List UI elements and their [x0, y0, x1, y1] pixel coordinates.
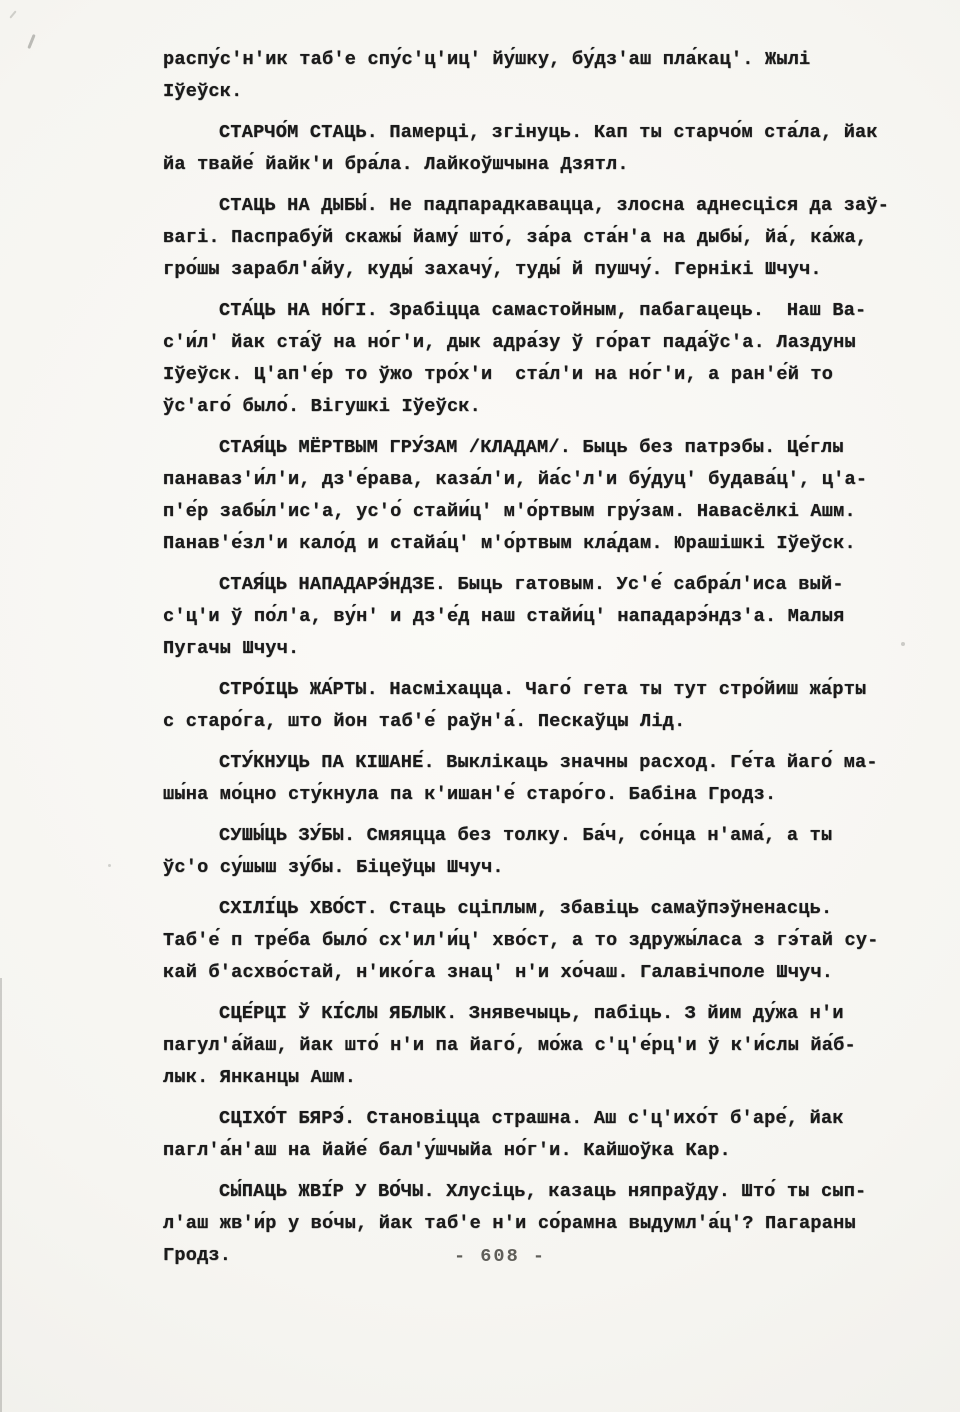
- entry-line: СТАЦЬ НА ДЫБЫ́. Не падпарадкавацца, злос…: [163, 190, 923, 222]
- dictionary-entry: СХІЛІ́ЦЬ ХВО́СТ. Стаць сціплым, збавіць …: [163, 893, 923, 989]
- dictionary-entry: СТРО́ІЦЬ ЖА́РТЫ. Насміхацца. Чаго́ гета …: [163, 674, 923, 738]
- entry-line: СЦІХО́Т БЯРЭ́. Становіцца страшна. Аш с'…: [163, 1103, 923, 1135]
- dictionary-entry: СЦЕ́РЦІ Ў КІ́СЛЫ ЯБЛЫК. Знявечыць, пабіц…: [163, 998, 923, 1094]
- entry-line: с'ц'и ў по́л'а, ву́н' и дз'е́д наш стайи…: [163, 601, 923, 633]
- entry-line: п'е́р забы́л'ис'а, ус'о́ стайи́ц' м'о́рт…: [163, 496, 923, 528]
- entry-line: СХІЛІ́ЦЬ ХВО́СТ. Стаць сціплым, збавіць …: [163, 893, 923, 925]
- scan-artifact-mark: [27, 34, 35, 49]
- entry-line: СУШЫ́ЦЬ ЗУ́БЫ. Смяяцца без толку. Ба́ч, …: [163, 820, 923, 852]
- entry-line: СЦЕ́РЦІ Ў КІ́СЛЫ ЯБЛЫК. Знявечыць, пабіц…: [163, 998, 923, 1030]
- dictionary-entry: СТАЯ́ЦЬ НАПАДАРЭ́НДЗЕ. Быць гатовым. Ус'…: [163, 569, 923, 665]
- entry-line: СТАЯ́ЦЬ МЁРТВЫМ ГРУ́ЗАМ /КЛАДАМ/. Быць б…: [163, 432, 923, 464]
- entry-line: СТАРЧО́М СТАЦЬ. Памерці, згінуць. Кап ты…: [163, 117, 923, 149]
- dictionary-entry-continuation: распу́с'н'ик таб'е спу́с'ц'иц' йу́шку, б…: [163, 44, 923, 108]
- entry-line: л'аш жв'и́р у во́чы, йак таб'е н'и со́ра…: [163, 1208, 923, 1240]
- entry-line: СТАЯ́ЦЬ НАПАДАРЭ́НДЗЕ. Быць гатовым. Ус'…: [163, 569, 923, 601]
- entry-line: СТРО́ІЦЬ ЖА́РТЫ. Насміхацца. Чаго́ гета …: [163, 674, 923, 706]
- entry-line: ўс'аго́ было́. Вігушкі Іўеўск.: [163, 391, 923, 423]
- entry-line: гро́шы зарабл'а́йу, куды́ захачу́, туды́…: [163, 254, 923, 286]
- dictionary-entry: СТАЦЬ НА ДЫБЫ́. Не падпарадкавацца, злос…: [163, 190, 923, 286]
- entry-line: с'и́л' йак ста́ў на но́г'и, дык адра́зу …: [163, 327, 923, 359]
- page-number: - 608 -: [20, 1246, 960, 1267]
- entry-line: кай б'асхво́стай, н'ико́га знац' н'и хо́…: [163, 957, 923, 989]
- scan-artifact-speck: [108, 864, 111, 867]
- entry-line: пагл'а́н'аш на йайе́ бал'у́шчыйа но́г'и.…: [163, 1135, 923, 1167]
- entry-line: с старо́га, што йон таб'е́ раўн'а́. Песк…: [163, 706, 923, 738]
- entry-line: СЫ́ПАЦЬ ЖВІ́Р У ВО́ЧЫ. Хлусіць, казаць н…: [163, 1176, 923, 1208]
- entry-line: Таб'е́ п тре́ба было́ сх'ил'и́ц' хво́ст,…: [163, 925, 923, 957]
- entry-line: лык. Янканцы Ашм.: [163, 1062, 923, 1094]
- dictionary-entry: СЦІХО́Т БЯРЭ́. Становіцца страшна. Аш с'…: [163, 1103, 923, 1167]
- dictionary-entry: СТАЯ́ЦЬ МЁРТВЫМ ГРУ́ЗАМ /КЛАДАМ/. Быць б…: [163, 432, 923, 560]
- entry-line: СТА́ЦЬ НА НО́ГІ. Зрабіцца самастойным, п…: [163, 295, 923, 327]
- scan-artifact-mark: [9, 10, 16, 18]
- entry-line: вагі. Паспрабу́й скажы́ йаму́ што́, за́р…: [163, 222, 923, 254]
- entry-line: шы́на мо́цно сту́кнула па к'ишан'е́ стар…: [163, 779, 923, 811]
- entry-line: ўс'о су́шыш зу́бы. Біцеўцы Шчуч.: [163, 852, 923, 884]
- scan-edge-shadow: [0, 978, 2, 1412]
- entry-line: пагул'а́йаш, йак што́ н'и па йаго́, мо́ж…: [163, 1030, 923, 1062]
- dictionary-entry: СТАРЧО́М СТАЦЬ. Памерці, згінуць. Кап ты…: [163, 117, 923, 181]
- entry-line: Панав'е́зл'и кало́д и стайа́ц' м'о́ртвым…: [163, 528, 923, 560]
- entry-line: СТУ́КНУЦЬ ПА КІШАНЕ́. Выклікаць значны р…: [163, 747, 923, 779]
- entry-line: Іўеўск. Ц'ап'е́р то ўжо тро́х'и ста́л'и …: [163, 359, 923, 391]
- entry-line: Іўеўск.: [163, 76, 923, 108]
- dictionary-text-block: распу́с'н'ик таб'е спу́с'ц'иц' йу́шку, б…: [163, 44, 923, 1281]
- entry-line: распу́с'н'ик таб'е спу́с'ц'иц' йу́шку, б…: [163, 44, 923, 76]
- entry-line: йа твайе́ йайк'и бра́ла. Лайкоўшчына Дзя…: [163, 149, 923, 181]
- dictionary-entry: СУШЫ́ЦЬ ЗУ́БЫ. Смяяцца без толку. Ба́ч, …: [163, 820, 923, 884]
- dictionary-entry: СТУ́КНУЦЬ ПА КІШАНЕ́. Выклікаць значны р…: [163, 747, 923, 811]
- scanned-page: распу́с'н'ик таб'е спу́с'ц'иц' йу́шку, б…: [0, 0, 960, 1412]
- entry-line: панаваз'и́л'и, дз'е́рава, каза́л'и, йа́с…: [163, 464, 923, 496]
- dictionary-entry: СТА́ЦЬ НА НО́ГІ. Зрабіцца самастойным, п…: [163, 295, 923, 423]
- entry-line: Пугачы Шчуч.: [163, 633, 923, 665]
